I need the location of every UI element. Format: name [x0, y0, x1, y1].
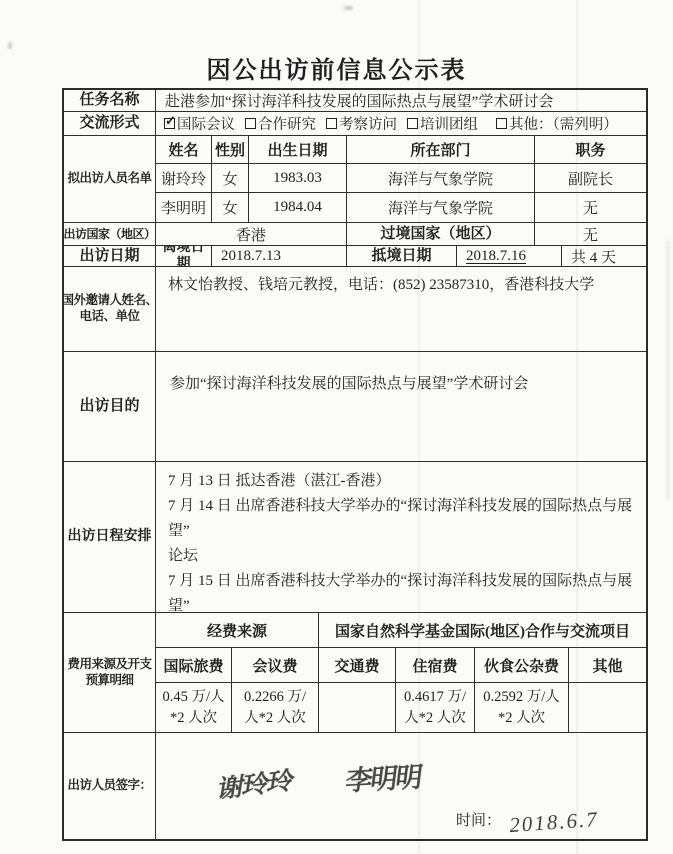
form-table: 任务名称 赴港参加“探讨海洋科技发展的国际热点与展望”学术研讨会 交流形式 ✓ …	[62, 88, 648, 841]
header-department: 所在部门	[347, 136, 535, 163]
exchange-label: 交流形式	[64, 112, 156, 135]
departure-date-value: 2018.7.13	[212, 246, 347, 266]
signature-row: 出访人员签字： 谢玲玲 李明明 时间： 2018.6.7	[64, 733, 646, 839]
handwritten-date: 2018.6.7	[509, 807, 600, 838]
budget-col-meals: 伙食公杂费	[475, 648, 569, 682]
purpose-value: 参加“探讨海洋科技发展的国际热点与展望”学术研讨会	[156, 352, 646, 461]
task-row: 任务名称 赴港参加“探讨海洋科技发展的国际热点与展望”学术研讨会	[64, 90, 646, 112]
inviter-label-line2: 电话、单位	[79, 309, 139, 325]
header-name: 姓名	[156, 136, 212, 163]
checkbox-inspection-visit: ✓ 考察访问	[326, 113, 397, 134]
budget-val-travel: 0.45 万/人 *2 人次	[156, 683, 232, 732]
budget-col-travel: 国际旅费	[156, 648, 232, 682]
purpose-label: 出访目的	[64, 352, 156, 461]
purpose-row: 出访目的 参加“探讨海洋科技发展的国际热点与展望”学术研讨会	[64, 352, 646, 462]
scanned-form-page: 因公出访前信息公示表 任务名称 赴港参加“探讨海洋科技发展的国际热点与展望”学术…	[0, 0, 673, 854]
checkbox-label: 其他：（需列明）	[509, 113, 618, 134]
itinerary-label: 出访日程安排	[64, 462, 156, 612]
person-position: 副院长	[535, 164, 646, 192]
budget-val-line: 人*2 人次	[244, 708, 306, 729]
checkbox-training-group: ✓ 培训团组	[407, 113, 478, 134]
inviter-row: 国外邀请人姓名、 电话、单位 林文怡教授、钱培元教授，电话：(852) 2358…	[64, 267, 646, 352]
person-department: 海洋与气象学院	[347, 193, 535, 222]
budget-val-line: 0.2266 万/	[244, 687, 306, 708]
budget-label-line2: 预算明细	[85, 673, 133, 689]
handwritten-signature-1: 谢玲玲	[215, 760, 295, 805]
inviter-value: 林文怡教授、钱培元教授，电话：(852) 23587310，香港科技大学	[156, 267, 646, 351]
task-label: 任务名称	[64, 90, 156, 111]
person-position: 无	[535, 193, 646, 222]
itinerary-line: 7 月 15 日 出席香港科技大学举办的“探讨海洋科技发展的国际热点与展望”	[168, 569, 636, 612]
checkbox-other: ✓ 其他：（需列明）	[496, 113, 618, 134]
checkbox-icon: ✓	[496, 118, 507, 129]
budget-val-line: *2 人次	[170, 708, 217, 729]
exchange-options: ✓ 国际会议 ✓ 合作研究 ✓ 考察访问 ✓ 培训团组	[156, 113, 646, 134]
itinerary-line: 论坛	[168, 544, 636, 569]
budget-label-line1: 费用来源及开支	[67, 657, 151, 673]
person-gender: 女	[212, 164, 249, 192]
task-value: 赴港参加“探讨海洋科技发展的国际热点与展望”学术研讨会	[156, 90, 646, 111]
checkbox-label: 合作研究	[258, 113, 316, 134]
budget-columns-row: 国际旅费 会议费 交通费 住宿费 伙食公杂费 其他	[156, 648, 646, 683]
handwritten-signature-2: 李明明	[344, 755, 424, 798]
budget-val-meals: 0.2592 万/人 *2 人次	[475, 683, 569, 732]
budget-col-transport: 交通费	[319, 648, 396, 682]
dates-row: 出访日期 离境日期 2018.7.13 抵境日期 2018.7.16 共 4 天	[64, 246, 646, 267]
personnel-row-1: 谢玲玲 女 1983.03 海洋与气象学院 副院长	[156, 164, 646, 193]
checkbox-icon: ✓	[326, 118, 337, 129]
budget-val-other	[569, 683, 646, 732]
time-label: 时间：	[456, 809, 501, 830]
checkbox-icon: ✓	[164, 118, 175, 129]
budget-source-row: 经费来源 国家自然科学基金国际(地区)合作与交流项目	[156, 613, 646, 648]
personnel-label: 拟出访人员名单	[64, 136, 156, 222]
itinerary-line: 7 月 14 日 出席香港科技大学举办的“探讨海洋科技发展的国际热点与展望”	[168, 494, 636, 544]
destination-label: 出访国家（地区）	[64, 223, 156, 245]
header-birthdate: 出生日期	[249, 136, 347, 163]
person-birthdate: 1984.04	[249, 193, 347, 222]
trip-duration: 共 4 天	[562, 246, 646, 266]
budget-val-transport	[319, 683, 396, 732]
checkbox-label: 培训团组	[420, 113, 478, 134]
header-gender: 性别	[212, 136, 249, 163]
transit-label: 过境国家（地区）	[347, 223, 535, 245]
scan-edge-shadow	[666, 240, 670, 500]
arrival-date-label: 抵境日期	[347, 246, 457, 266]
checkbox-international-conference: ✓ 国际会议	[164, 113, 235, 134]
destination-value: 香港	[156, 223, 347, 245]
person-name: 李明明	[156, 193, 212, 222]
form-title: 因公出访前信息公示表	[0, 50, 673, 85]
budget-val-line: 0.4617 万/	[404, 687, 466, 708]
exchange-row: 交流形式 ✓ 国际会议 ✓ 合作研究 ✓ 考察访问	[64, 112, 646, 136]
signature-area: 谢玲玲 李明明 时间： 2018.6.7	[156, 733, 646, 839]
checkbox-label: 国际会议	[177, 113, 235, 134]
budget-val-line: 0.45 万/人	[162, 687, 224, 708]
departure-date-label: 离境日期	[156, 246, 212, 266]
person-department: 海洋与气象学院	[347, 164, 535, 192]
budget-val-conference: 0.2266 万/ 人*2 人次	[232, 683, 319, 732]
personnel-block: 拟出访人员名单 姓名 性别 出生日期 所在部门 职务 谢玲玲 女 1983.03…	[64, 136, 646, 223]
checkbox-icon: ✓	[407, 118, 418, 129]
budget-col-lodging: 住宿费	[396, 648, 475, 682]
budget-val-line: 人*2 人次	[404, 708, 466, 729]
checkbox-label: 考察访问	[339, 113, 397, 134]
itinerary-value: 7 月 13 日 抵达香港（湛江-香港） 7 月 14 日 出席香港科技大学举办…	[156, 462, 646, 612]
person-gender: 女	[212, 193, 249, 222]
budget-source-value: 国家自然科学基金国际(地区)合作与交流项目	[319, 613, 646, 647]
budget-source-label: 经费来源	[156, 613, 319, 647]
check-mark-icon: ✓	[165, 113, 176, 129]
header-position: 职务	[535, 136, 646, 163]
budget-val-line: 0.2592 万/人	[483, 687, 560, 708]
personnel-header-row: 姓名 性别 出生日期 所在部门 职务	[156, 136, 646, 164]
destination-row: 出访国家（地区） 香港 过境国家（地区） 无	[64, 223, 646, 246]
budget-val-lodging: 0.4617 万/ 人*2 人次	[396, 683, 475, 732]
personnel-row-2: 李明明 女 1984.04 海洋与气象学院 无	[156, 193, 646, 222]
budget-label: 费用来源及开支 预算明细	[64, 613, 156, 732]
itinerary-line: 7 月 13 日 抵达香港（湛江-香港）	[168, 469, 636, 494]
inviter-label-line1: 国外邀请人姓名、	[64, 293, 156, 309]
itinerary-row: 出访日程安排 7 月 13 日 抵达香港（湛江-香港） 7 月 14 日 出席香…	[64, 462, 646, 613]
transit-value: 无	[535, 223, 646, 245]
budget-col-other: 其他	[569, 648, 646, 682]
budget-values-row: 0.45 万/人 *2 人次 0.2266 万/ 人*2 人次 0.4617 万…	[156, 683, 646, 732]
checkbox-cooperative-research: ✓ 合作研究	[245, 113, 316, 134]
scan-speck	[8, 42, 12, 49]
person-name: 谢玲玲	[156, 164, 212, 192]
arrival-date-value: 2018.7.16	[466, 248, 526, 265]
scan-speck	[344, 6, 353, 10]
person-birthdate: 1983.03	[249, 164, 347, 192]
budget-val-line: *2 人次	[498, 708, 545, 729]
budget-block: 费用来源及开支 预算明细 经费来源 国家自然科学基金国际(地区)合作与交流项目 …	[64, 613, 646, 733]
dates-label: 出访日期	[64, 246, 156, 266]
checkbox-icon: ✓	[245, 118, 256, 129]
inviter-label: 国外邀请人姓名、 电话、单位	[64, 267, 156, 351]
budget-col-conference: 会议费	[232, 648, 319, 682]
signature-label: 出访人员签字：	[64, 733, 156, 839]
